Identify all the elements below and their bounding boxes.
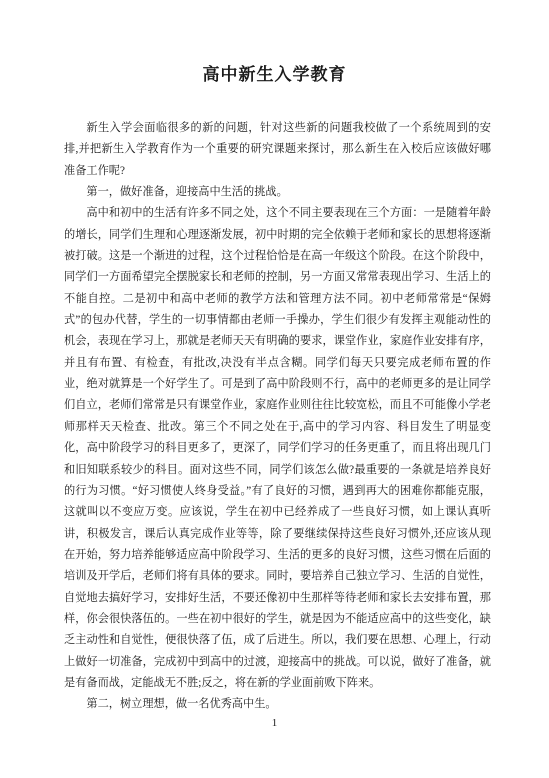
document-page: 高中新生入学教育 新生入学会面临很多的新的问题，针对这些新的问题我校做了一个系统… <box>0 0 549 778</box>
page-number: 1 <box>0 716 549 730</box>
document-body: 新生入学会面临很多的新的问题，针对这些新的问题我校做了一个系统周到的安排,并把新… <box>64 118 491 716</box>
paragraph: 第二，树立理想，做一名优秀高中生。 <box>64 694 491 715</box>
paragraph: 第一，做好准备，迎接高中生活的挑战。 <box>64 182 491 203</box>
paragraph: 新生入学会面临很多的新的问题，针对这些新的问题我校做了一个系统周到的安排,并把新… <box>64 118 491 182</box>
paragraph: 高中和初中的生活有许多不同之处，这个不同主要表现在三个方面：一是随着年龄的增长，… <box>64 203 491 694</box>
document-title: 高中新生入学教育 <box>0 0 549 86</box>
